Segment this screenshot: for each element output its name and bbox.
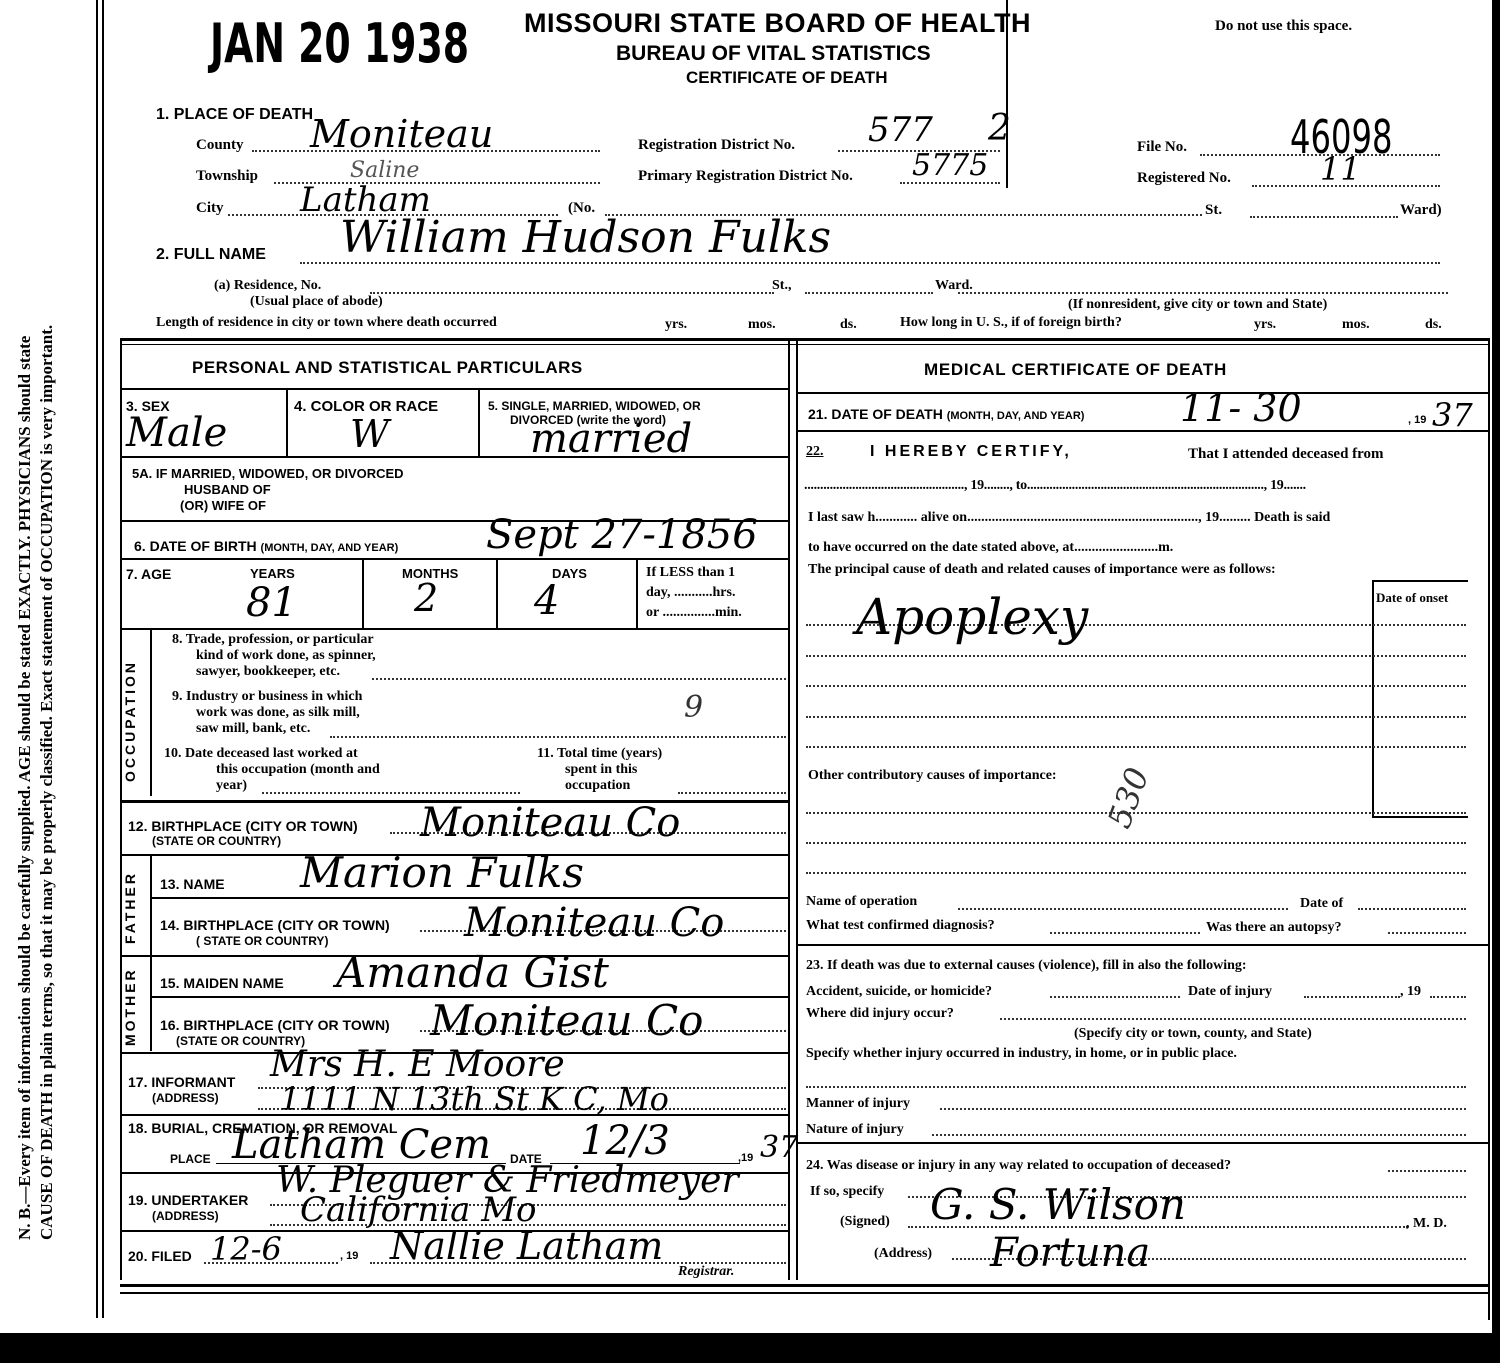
- q8-line-2: kind of work done, as spinner,: [196, 648, 376, 664]
- dob-label-sub: (MONTH, DAY, AND YEAR): [261, 542, 399, 554]
- q8-line-1: 8. Trade, profession, or particular: [172, 632, 374, 648]
- q10-line-2: this occupation (month and: [216, 762, 380, 778]
- months-value: 2: [414, 576, 438, 620]
- father-inner-border: [150, 856, 152, 956]
- sex-value: Male: [126, 410, 227, 456]
- manner-injury-label: Manner of injury: [806, 1096, 910, 1112]
- informant-address: 1111 N 13th St K C, Mo: [280, 1080, 669, 1118]
- section-divider-top-2: [120, 344, 1490, 345]
- father-vertical-label: FATHER: [122, 871, 138, 944]
- q22-line-4: to have occurred on the date stated abov…: [808, 540, 1173, 556]
- residence-sub-label: (Usual place of abode): [250, 294, 383, 310]
- filed-year-prefix: , 19: [340, 1250, 358, 1262]
- header-subtitle: BUREAU OF VITAL STATISTICS: [616, 42, 931, 66]
- where-injury-line: [1000, 1018, 1466, 1020]
- length-yrs: yrs.: [665, 317, 687, 333]
- q24-label: 24. Was disease or injury in any way rel…: [806, 1158, 1231, 1174]
- injury-year-line: [1430, 996, 1466, 998]
- less-than-label-1: If LESS than 1: [646, 565, 735, 581]
- q9-line-3: saw mill, bank, etc.: [196, 721, 310, 737]
- other-cause-line-2: [806, 842, 1466, 844]
- birthplace-sub: (STATE OR COUNTRY): [152, 834, 281, 848]
- dod-rule: [798, 430, 1488, 432]
- nonresident-line: [958, 292, 1448, 294]
- q24-line: [1388, 1170, 1466, 1172]
- operation-line: [958, 908, 1288, 910]
- dod-label-text: 21. DATE OF DEATH: [808, 406, 943, 422]
- specify-place-line: [806, 1086, 1466, 1088]
- medical-section-title: MEDICAL CERTIFICATE OF DEATH: [924, 360, 1227, 380]
- onset-column-top: [1372, 580, 1468, 582]
- cause-line-4: [806, 716, 1466, 718]
- q22-line-3: I last saw h............ alive on.......…: [808, 510, 1330, 526]
- injury-date-line: [1304, 996, 1400, 998]
- sex-race-divider: [286, 390, 288, 456]
- ward-field-line: [1250, 216, 1398, 218]
- test-diagnosis-line: [1050, 932, 1200, 934]
- death-certificate: N. B.—Every item of information should b…: [0, 0, 1500, 1333]
- side-note-line-1: N. B.—Every item of information should b…: [14, 325, 36, 1240]
- years-label: YEARS: [250, 566, 295, 581]
- spouse-label-3: (OR) WIFE OF: [180, 498, 266, 513]
- mother-maiden-label: 15. MAIDEN NAME: [160, 975, 284, 991]
- foreign-birth-label: How long in U. S., if of foreign birth?: [900, 315, 1122, 331]
- medical-lower-rule: [798, 1142, 1488, 1144]
- nature-injury-line: [932, 1134, 1466, 1136]
- accident-label: Accident, suicide, or homicide?: [806, 984, 992, 1000]
- cause-of-death-value: Apoplexy: [856, 588, 1088, 646]
- date-of-death-label: 21. DATE OF DEATH (MONTH, DAY, AND YEAR): [808, 406, 1084, 422]
- row-7-bottom-rule: [120, 628, 788, 630]
- undertaker-label: 19. UNDERTAKER: [128, 1192, 248, 1208]
- scan-bottom-border: [0, 1333, 1500, 1363]
- medical-mid-rule: [798, 944, 1488, 946]
- cause-line-5: [806, 746, 1466, 748]
- bottom-rule-2: [120, 1292, 1490, 1294]
- street-st-label: St.: [1205, 202, 1222, 219]
- left-column-border: [120, 340, 122, 1280]
- received-date-stamp: JAN 20 1938: [210, 12, 469, 75]
- county-label: County: [196, 137, 244, 154]
- frame-left-inner: [102, 0, 104, 1318]
- years-value: 81: [246, 580, 297, 626]
- instructions-side-note: N. B.—Every item of information should b…: [14, 325, 58, 1240]
- father-name-value: Marion Fulks: [300, 848, 584, 897]
- date-of-death-year: 37: [1432, 396, 1473, 434]
- dob-label: 6. DATE OF BIRTH (MONTH, DAY, AND YEAR): [134, 538, 398, 554]
- mother-birthplace-value: Moniteau Co: [430, 996, 703, 1045]
- q10-field-line: [262, 792, 520, 794]
- length-ds: ds.: [840, 317, 857, 333]
- spouse-label-1: 5A. IF MARRIED, WIDOWED, OR DIVORCED: [132, 466, 404, 481]
- test-diagnosis-label: What test confirmed diagnosis?: [806, 918, 995, 934]
- primary-registration-label: Primary Registration District No.: [638, 168, 853, 185]
- date-of-death-year-prefix: , 19: [1408, 414, 1426, 426]
- q9-field-line: [330, 736, 786, 738]
- dod-label-sub: (MONTH, DAY, AND YEAR): [947, 410, 1085, 422]
- full-name-value: William Hudson Fulks: [340, 212, 831, 263]
- q11-line-3: occupation: [565, 778, 630, 794]
- row-3-5-bottom-rule: [120, 456, 788, 458]
- birthplace-value: Moniteau Co: [420, 800, 680, 846]
- city-label: City: [196, 200, 224, 217]
- foreign-ds: ds.: [1425, 317, 1442, 333]
- cause-margin-code: 530: [1100, 763, 1157, 833]
- burial-year-prefix: ,19: [738, 1152, 753, 1164]
- physician-address-value: Fortuna: [990, 1230, 1150, 1276]
- other-causes-label: Other contributory causes of importance:: [808, 768, 1057, 784]
- informant-address-label: (ADDRESS): [152, 1091, 219, 1105]
- cause-line-2: [806, 655, 1466, 657]
- accident-line: [1050, 996, 1180, 998]
- q23-intro: 23. If death was due to external causes …: [806, 958, 1247, 974]
- months-days-divider: [496, 560, 498, 628]
- length-mos: mos.: [748, 317, 776, 333]
- onset-column-bottom: [1372, 816, 1468, 818]
- burial-year-value: 37: [760, 1130, 798, 1165]
- operation-date-line: [1358, 908, 1466, 910]
- nature-injury-label: Nature of injury: [806, 1122, 904, 1138]
- q22-line-2: ........................................…: [804, 478, 1306, 494]
- side-note-line-2: CAUSE OF DEATH in plain terms, so that i…: [36, 325, 58, 1240]
- dob-label-text: 6. DATE OF BIRTH: [134, 538, 257, 554]
- less-than-label-2: day, ...........hrs.: [646, 585, 735, 601]
- spouse-label-2: HUSBAND OF: [184, 482, 271, 497]
- residence-st-label: St.,: [772, 278, 791, 294]
- years-months-divider: [362, 560, 364, 628]
- date-of-onset-label: Date of onset: [1376, 590, 1448, 606]
- operation-label: Name of operation: [806, 894, 917, 910]
- injury-date-label: Date of injury: [1188, 984, 1272, 1000]
- q10-line-1: 10. Date deceased last worked at: [164, 746, 358, 762]
- registration-district-label: Registration District No.: [638, 137, 795, 154]
- md-label: , M. D.: [1406, 1216, 1447, 1232]
- manner-injury-line: [940, 1108, 1466, 1110]
- full-name-label: 2. FULL NAME: [156, 246, 266, 264]
- length-residence-label: Length of residence in city or town wher…: [156, 315, 497, 331]
- cause-intro: The principal cause of death and related…: [808, 562, 1276, 578]
- margin-mark: 2: [988, 108, 1011, 149]
- father-birthplace-sub: ( STATE OR COUNTRY): [196, 934, 328, 948]
- registration-district-value: 577: [868, 110, 933, 150]
- cause-line-3: [806, 685, 1466, 687]
- q9-mark: 9: [684, 690, 703, 725]
- residence-line: [370, 292, 774, 294]
- less-than-label-3: or ...............min.: [646, 605, 742, 621]
- physician-signature: G. S. Wilson: [930, 1180, 1186, 1229]
- father-name-label: 13. NAME: [160, 876, 225, 892]
- operation-date-label: Date of: [1300, 896, 1343, 912]
- foreign-yrs: yrs.: [1254, 317, 1276, 333]
- dob-value: Sept 27-1856: [486, 512, 758, 558]
- mother-vertical-label: MOTHER: [122, 967, 138, 1046]
- father-name-rule: [150, 897, 788, 899]
- section-divider-top: [120, 338, 1490, 341]
- personal-section-title: PERSONAL AND STATISTICAL PARTICULARS: [192, 358, 583, 378]
- q9-line-1: 9. Industry or business in which: [172, 689, 362, 705]
- mother-birthplace-label: 16. BIRTHPLACE (CITY OR TOWN): [160, 1017, 390, 1033]
- ward-label: Ward): [1400, 202, 1442, 219]
- filed-date-value: 12-6: [210, 1230, 282, 1268]
- q10-line-3: year): [216, 778, 247, 794]
- bottom-rule-1: [120, 1284, 1490, 1287]
- residence-ward-line: [805, 292, 933, 294]
- autopsy-line: [1388, 932, 1466, 934]
- burial-date-value: 12/3: [580, 1118, 670, 1164]
- where-injury-sub: (Specify city or town, county, and State…: [1074, 1026, 1312, 1042]
- row-6-bottom-rule: [120, 558, 788, 560]
- q11-line-2: spent in this: [565, 762, 637, 778]
- header-doc-type: CERTIFICATE OF DEATH: [686, 68, 887, 88]
- foreign-mos: mos.: [1342, 317, 1370, 333]
- undertaker-address-label: (ADDRESS): [152, 1209, 219, 1223]
- days-value: 4: [534, 578, 559, 624]
- township-label: Township: [196, 168, 258, 185]
- marital-label-1: 5. SINGLE, MARRIED, WIDOWED, OR: [488, 399, 701, 413]
- q11-line-1: 11. Total time (years): [537, 746, 662, 762]
- onset-column-border: [1372, 580, 1374, 818]
- signed-label: (Signed): [840, 1214, 890, 1230]
- medical-title-rule: [798, 392, 1488, 394]
- father-birthplace-label: 14. BIRTHPLACE (CITY OR TOWN): [160, 917, 390, 933]
- header-title: MISSOURI STATE BOARD OF HEALTH: [524, 8, 1031, 39]
- autopsy-label: Was there an autopsy?: [1206, 920, 1341, 936]
- q22-number: 22.: [806, 444, 824, 460]
- other-cause-line-3: [806, 872, 1466, 874]
- injury-year-prefix: , 19: [1400, 984, 1421, 1000]
- occupation-inner-border: [150, 630, 152, 796]
- frame-left-outer: [96, 0, 98, 1318]
- frame-right: [1488, 340, 1490, 1320]
- residence-label: (a) Residence, No.: [214, 278, 321, 294]
- reserved-space-note: Do not use this space.: [1215, 18, 1352, 35]
- personal-title-rule: [120, 388, 788, 390]
- burial-place-label: PLACE: [170, 1152, 211, 1166]
- race-marital-divider: [478, 390, 480, 456]
- q11-field-line: [678, 792, 786, 794]
- scan-right-edge: [1492, 0, 1500, 1333]
- q22-text: That I attended deceased from: [1188, 446, 1384, 463]
- age-label: 7. AGE: [126, 566, 171, 582]
- registrar-label: Registrar.: [678, 1264, 734, 1280]
- occupation-vertical-label: OCCUPATION: [122, 660, 138, 782]
- mother-inner-border: [150, 957, 152, 1051]
- specify-place-label: Specify whether injury occurred in indus…: [806, 1046, 1237, 1062]
- row-17-bottom-rule: [120, 1114, 788, 1116]
- place-of-death-label: 1. PLACE OF DEATH: [156, 106, 313, 124]
- date-of-death-value: 11- 30: [1180, 386, 1302, 430]
- primary-registration-value: 5775: [912, 148, 988, 183]
- father-birthplace-value: Moniteau Co: [464, 900, 724, 946]
- race-value: W: [350, 412, 389, 456]
- file-no-label: File No.: [1137, 139, 1187, 156]
- informant-label: 17. INFORMANT: [128, 1074, 235, 1090]
- registered-no-value: 11: [1320, 150, 1361, 188]
- if-so-label: If so, specify: [810, 1184, 884, 1200]
- q9-line-2: work was done, as silk mill,: [196, 705, 360, 721]
- q8-line-3: sawyer, bookkeeper, etc.: [196, 664, 340, 680]
- county-value: Moniteau: [310, 112, 493, 156]
- q22-certify: I HEREBY CERTIFY,: [870, 443, 1072, 461]
- filed-label: 20. FILED: [128, 1248, 192, 1264]
- birthplace-label: 12. BIRTHPLACE (CITY OR TOWN): [128, 818, 358, 834]
- reserved-box-divider: [1006, 0, 1008, 188]
- q8-field-line: [372, 678, 786, 680]
- days-less-divider: [636, 560, 638, 628]
- physician-address-label: (Address): [874, 1246, 932, 1262]
- mother-maiden-value: Amanda Gist: [336, 948, 609, 997]
- nonresident-note: (If nonresident, give city or town and S…: [1068, 297, 1327, 313]
- registered-no-label: Registered No.: [1137, 170, 1231, 187]
- where-injury-label: Where did injury occur?: [806, 1006, 954, 1022]
- informant-name: Mrs H. E Moore: [270, 1044, 565, 1085]
- registrar-name: Nallie Latham: [390, 1224, 663, 1268]
